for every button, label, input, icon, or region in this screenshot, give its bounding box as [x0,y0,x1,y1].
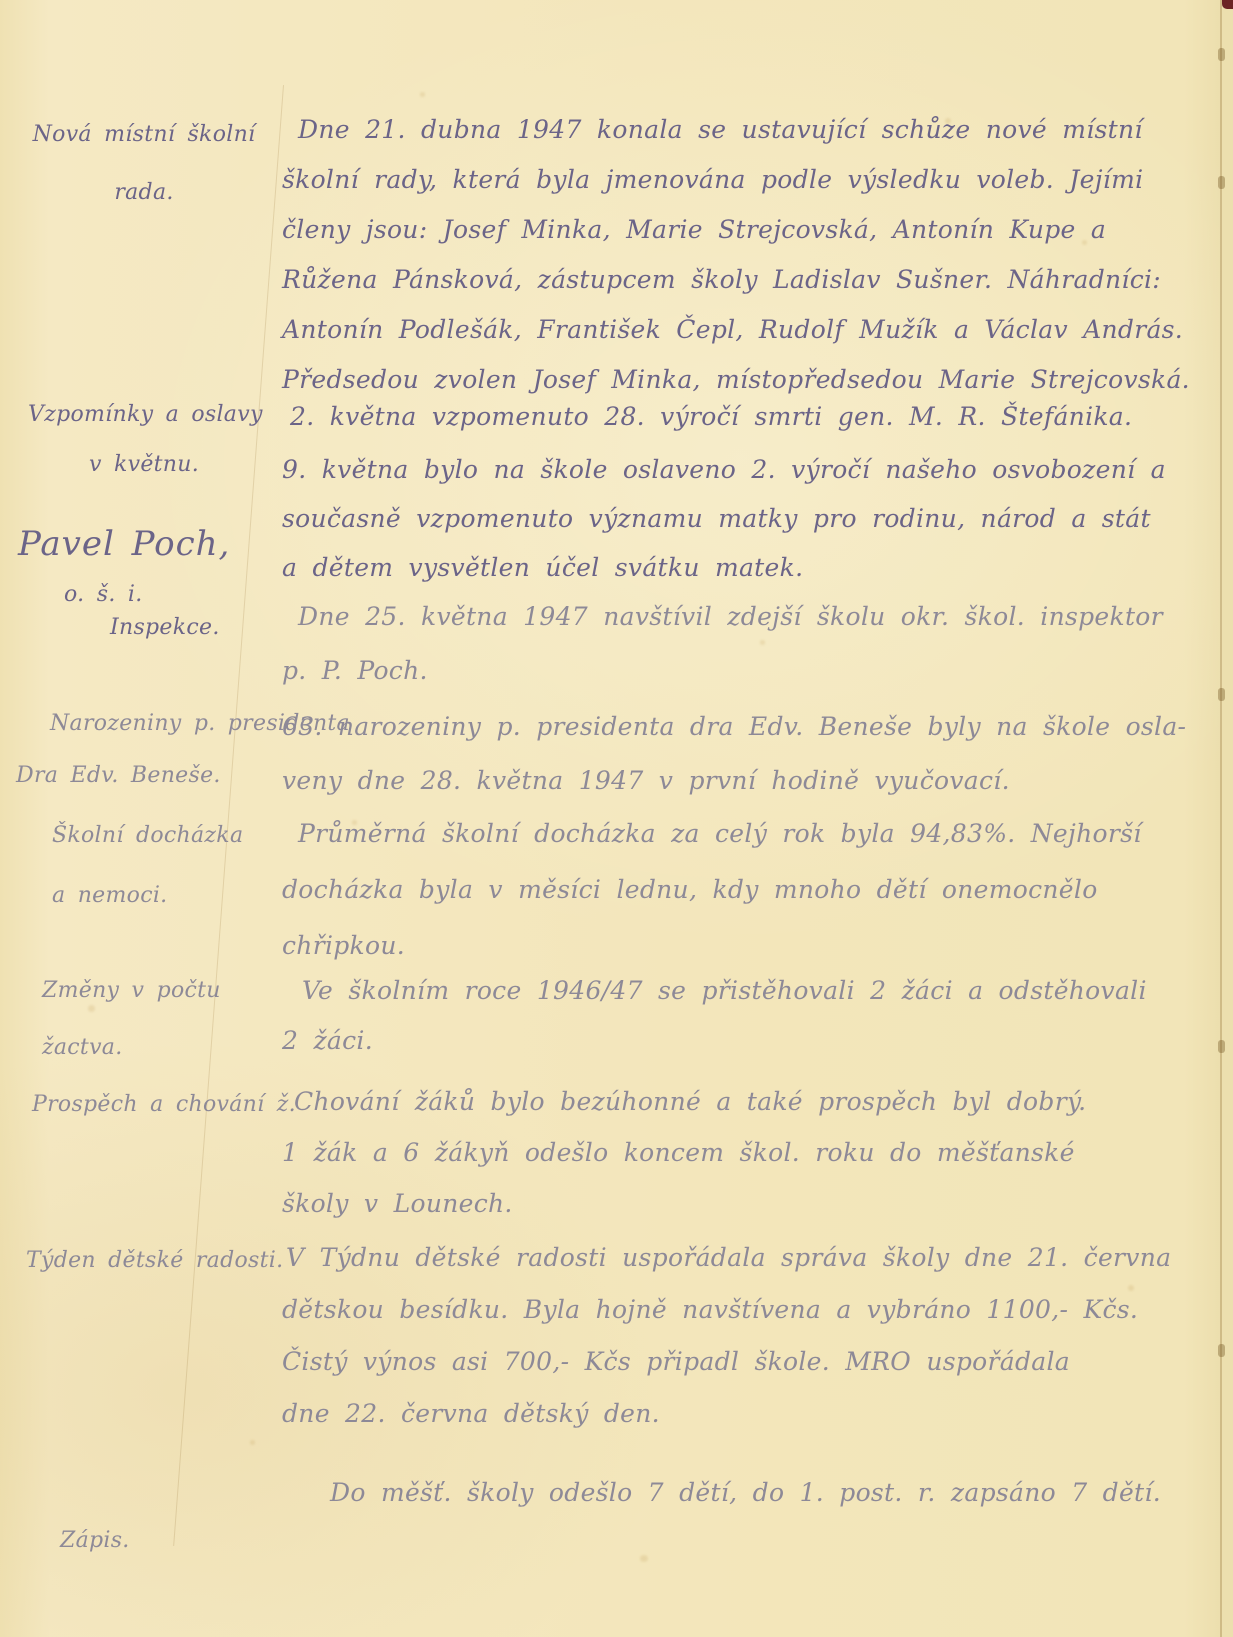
text-line: Nová místní školní [28,106,260,164]
paragraph-stefanik-memorial: 2. května vzpomenuto 28. výročí smrti ge… [282,392,1167,442]
text-line: rada. [28,164,260,222]
margin-note-inspection: Pavel Poch,o. š. i.Inspekce. [18,510,230,644]
binding-stitch [1218,48,1225,61]
text-line: Čistý výnos asi 700,- Kčs připadl škole.… [282,1336,1167,1388]
binding-stitch [1218,1344,1225,1357]
paragraph-liberation-mothers: 9. května bylo na škole oslaveno 2. výro… [282,445,1167,592]
text-line: dne 22. června dětský den. [282,1388,1167,1440]
text-line: 1 žák a 6 žákyň odešlo koncem škol. roku… [282,1127,1167,1178]
paragraph-childrens-week: V Týdnu dětské radosti uspořádala správa… [282,1232,1167,1440]
text-line: Růžena Pánsková, zástupcem školy Ladisla… [282,255,1167,305]
binding-stitch [1218,688,1225,701]
binding-stitch [1218,1040,1225,1053]
foxing-spot [250,1440,255,1445]
paragraph-enrollment: Do měšť. školy odešlo 7 dětí, do 1. post… [282,1468,1167,1518]
foxing-spot [640,1555,648,1562]
book-cover-corner [1222,0,1233,9]
binding-edge-line [1220,0,1222,1637]
margin-note-pupil-changes: Změny v počtužactva. [42,962,221,1076]
document-page: Nová místní školnírada. Vzpomínky a osla… [0,0,1233,1637]
text-line: Chování žáků bylo bezúhonné a také prosp… [282,1076,1167,1127]
text-line: v květnu. [28,440,260,490]
text-line: 9. května bylo na škole oslaveno 2. výro… [282,445,1167,494]
page-edge [1222,0,1233,1637]
text-line: Prospěch a chování ž. [32,1080,296,1130]
text-line: Průměrná školní docházka za celý rok byl… [282,806,1167,862]
text-line: 2. května vzpomenuto 28. výročí smrti ge… [282,392,1167,442]
paragraph-pupil-changes: Ve školním roce 1946/47 se přistěhovali … [282,966,1167,1066]
foxing-spot [420,92,425,97]
text-line: docházka byla v měsíci lednu, kdy mnoho … [282,862,1167,918]
text-line: Dne 21. dubna 1947 konala se ustavující … [282,105,1167,155]
text-line: veny dne 28. května 1947 v první hodině … [282,754,1167,808]
paragraph-school-council: Dne 21. dubna 1947 konala se ustavující … [282,105,1167,405]
text-line: Do měšť. školy odešlo 7 dětí, do 1. post… [282,1468,1167,1518]
text-line: Ve školním roce 1946/47 se přistěhovali … [282,966,1167,1016]
text-line: současně vzpomenuto významu matky pro ro… [282,494,1167,543]
text-line: Zápis. [60,1516,130,1566]
text-line: školní rady, která byla jmenována podle … [282,155,1167,205]
text-line: 63. narozeniny p. presidenta dra Edv. Be… [282,700,1167,754]
text-line: Vzpomínky a oslavy [28,390,260,440]
margin-note-childrens-week: Týden dětské radosti. [26,1236,283,1286]
paragraph-benes-birthday: 63. narozeniny p. presidenta dra Edv. Be… [282,700,1167,808]
margin-note-new-school-council: Nová místní školnírada. [28,106,260,222]
text-line: p. P. Poch. [282,644,1167,698]
paragraph-inspector-visit: Dne 25. května 1947 navštívil zdejší ško… [282,590,1167,698]
binding-stitch [1218,176,1225,189]
text-line: školy v Lounech. [282,1178,1167,1229]
paragraph-conduct-results: Chování žáků bylo bezúhonné a také prosp… [282,1076,1167,1229]
margin-note-conduct: Prospěch a chování ž. [32,1080,296,1130]
paragraph-attendance: Průměrná školní docházka za celý rok byl… [282,806,1167,974]
text-line: Antonín Podlešák, František Čepl, Rudolf… [282,305,1167,355]
text-line: a nemoci. [52,866,243,926]
text-line: V Týdnu dětské radosti uspořádala správa… [282,1232,1167,1284]
margin-note-enrollment: Zápis. [60,1516,130,1566]
text-line: Změny v počtu [42,962,221,1019]
margin-note-attendance: Školní docházkaa nemoci. [52,806,243,926]
text-line: dětskou besídku. Byla hojně navštívena a… [282,1284,1167,1336]
text-line: Dne 25. května 1947 navštívil zdejší ško… [282,590,1167,644]
text-line: a dětem vysvětlen účel svátku matek. [282,543,1167,592]
text-line: Inspekce. [18,611,230,644]
text-line: žactva. [42,1019,221,1076]
text-line: členy jsou: Josef Minka, Marie Strejcovs… [282,205,1167,255]
text-line: Týden dětské radosti. [26,1236,283,1286]
text-line: Školní docházka [52,806,243,866]
text-line: 2 žáci. [282,1016,1167,1066]
text-line: o. š. i. [18,578,230,611]
text-line: Pavel Poch, [18,510,230,578]
margin-note-may-celebrations: Vzpomínky a oslavyv květnu. [28,390,260,490]
